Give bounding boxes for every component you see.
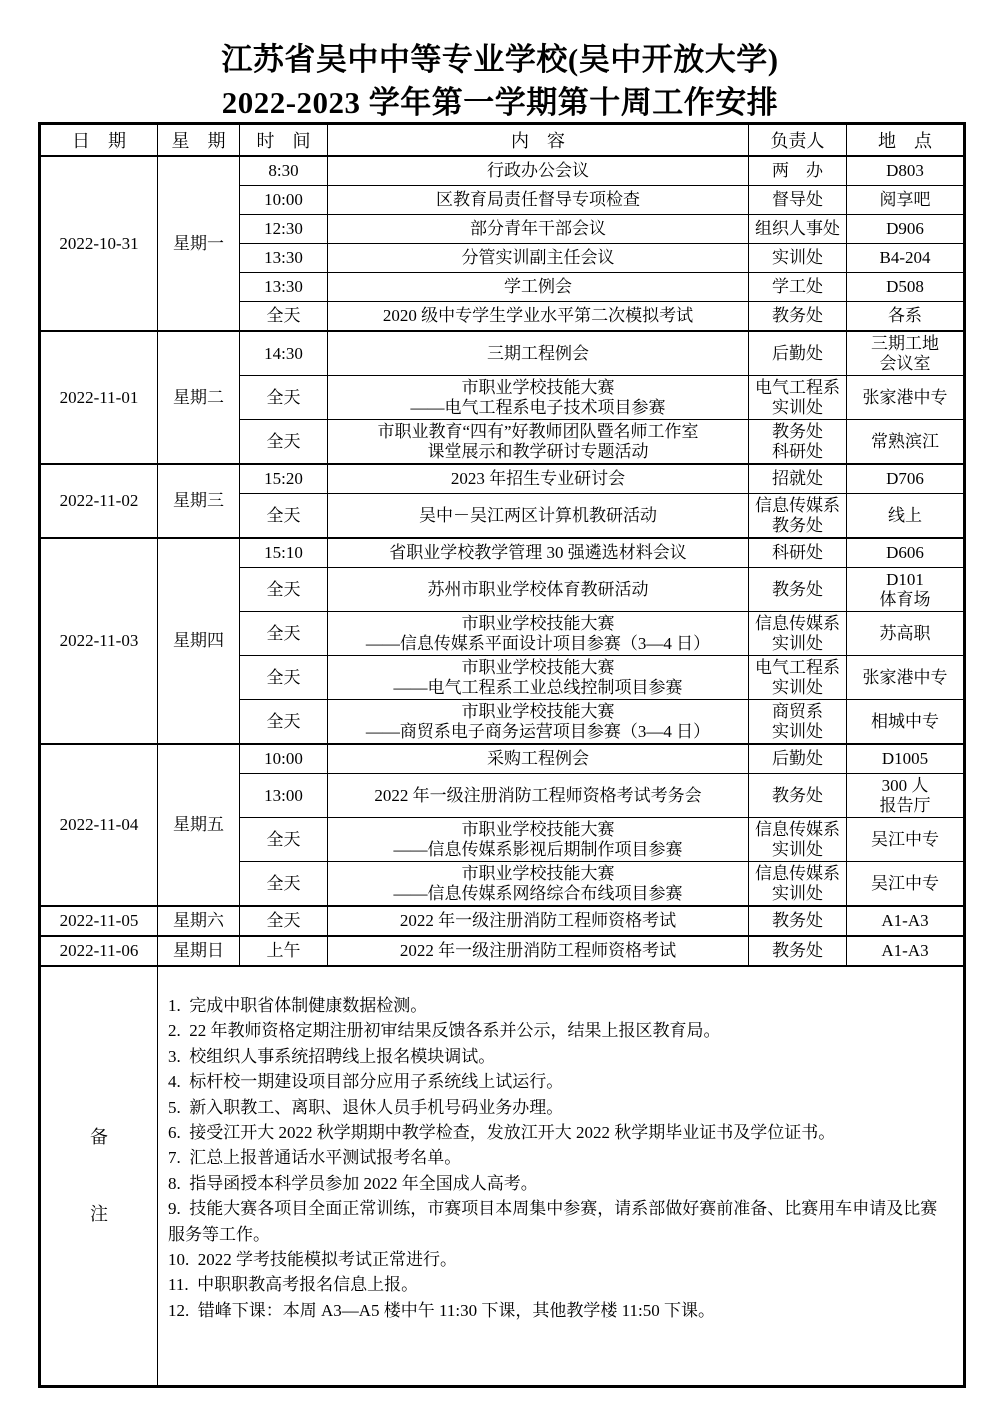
dept-line: 电气工程系 (752, 378, 843, 398)
weekly-schedule-table: 日 期 星 期 时 间 内 容 负责人 地 点 2022-10-31星期一8:3… (38, 122, 966, 1388)
dept-line: 信息传媒系 (752, 820, 843, 840)
dept-line: 教务处 (752, 422, 843, 442)
content-cell: 2022 年一级注册消防工程师资格考试 (328, 906, 749, 936)
dept-cell: 招就处 (749, 464, 847, 494)
place-line: D101 (850, 570, 960, 590)
header-date: 日 期 (40, 124, 158, 157)
content-cell: 市职业学校技能大赛——电气工程系电子技术项目参赛 (328, 376, 749, 420)
weekday-cell: 星期六 (158, 906, 240, 936)
content-line: 2022 年一级注册消防工程师资格考试 (331, 911, 745, 931)
time-cell: 全天 (240, 862, 328, 907)
dept-cell: 督导处 (749, 186, 847, 215)
content-cell: 部分青年干部会议 (328, 215, 749, 244)
place-line: 吴江中专 (850, 874, 960, 894)
place-cell: A1-A3 (847, 936, 965, 966)
content-line: 吴中－吴江两区计算机教研活动 (331, 506, 745, 526)
content-cell: 三期工程例会 (328, 331, 749, 376)
place-cell: B4-204 (847, 244, 965, 273)
dept-line: 信息传媒系 (752, 496, 843, 516)
content-cell: 分管实训副主任会议 (328, 244, 749, 273)
time-cell: 10:00 (240, 186, 328, 215)
schedule-subtitle: 2022-2023 学年第一学期第十周工作安排 (0, 85, 1000, 121)
place-cell: 常熟滨江 (847, 420, 965, 465)
weekday-cell: 星期日 (158, 936, 240, 966)
content-line: ——商贸系电子商务运营项目参赛（3—4 日） (331, 722, 745, 742)
dept-cell: 电气工程系实训处 (749, 376, 847, 420)
content-cell: 吴中－吴江两区计算机教研活动 (328, 494, 749, 539)
place-line: D706 (850, 469, 960, 489)
time-cell: 13:30 (240, 273, 328, 302)
content-line: 2022 年一级注册消防工程师资格考试考务会 (331, 786, 745, 806)
dept-line: 后勤处 (752, 749, 843, 769)
time-cell: 上午 (240, 936, 328, 966)
schedule-row: 2022-11-05星期六全天2022 年一级注册消防工程师资格考试教务处A1-… (40, 906, 965, 936)
content-cell: 区教育局责任督导专项检查 (328, 186, 749, 215)
content-line: 2023 年招生专业研讨会 (331, 469, 745, 489)
note-item: 3. 校组织人事系统招聘线上报名模块调试。 (168, 1044, 953, 1069)
place-line: 体育场 (850, 590, 960, 610)
time-cell: 全天 (240, 656, 328, 700)
content-cell: 学工例会 (328, 273, 749, 302)
school-title: 江苏省吴中中等专业学校(吴中开放大学) (0, 42, 1000, 78)
time-cell: 13:30 (240, 244, 328, 273)
place-line: 报告厅 (850, 796, 960, 816)
schedule-row: 2022-11-06星期日上午2022 年一级注册消防工程师资格考试教务处A1-… (40, 936, 965, 966)
dept-line: 教务处 (752, 516, 843, 536)
dept-line: 信息传媒系 (752, 614, 843, 634)
place-cell: D906 (847, 215, 965, 244)
dept-line: 实训处 (752, 722, 843, 742)
dept-line: 组织人事处 (752, 219, 843, 239)
dept-line: 学工处 (752, 277, 843, 297)
place-line: 三期工地 (850, 334, 960, 354)
dept-cell: 后勤处 (749, 744, 847, 774)
place-line: 相城中专 (850, 712, 960, 732)
content-line: 市职业学校技能大赛 (331, 820, 745, 840)
dept-line: 教务处 (752, 306, 843, 326)
dept-cell: 信息传媒系实训处 (749, 612, 847, 656)
dept-cell: 电气工程系实训处 (749, 656, 847, 700)
content-line: 采购工程例会 (331, 749, 745, 769)
date-cell: 2022-11-06 (40, 936, 158, 966)
dept-line: 教务处 (752, 911, 843, 931)
date-cell: 2022-11-04 (40, 744, 158, 906)
date-cell: 2022-11-02 (40, 464, 158, 538)
note-item: 11. 中职职教高考报名信息上报。 (168, 1272, 953, 1297)
time-cell: 全天 (240, 612, 328, 656)
dept-line: 实训处 (752, 634, 843, 654)
dept-cell: 商贸系实训处 (749, 700, 847, 745)
note-item: 8. 指导函授本科学员参加 2022 年全国成人高考。 (168, 1171, 953, 1196)
dept-cell: 教务处 (749, 568, 847, 612)
place-cell: 吴江中专 (847, 818, 965, 862)
time-cell: 全天 (240, 376, 328, 420)
note-item: 1. 完成中职省体制健康数据检测。 (168, 993, 953, 1018)
place-cell: 吴江中专 (847, 862, 965, 907)
dept-cell: 科研处 (749, 538, 847, 568)
note-item: 6. 接受江开大 2022 秋学期期中教学检查，发放江开大 2022 秋学期毕业… (168, 1120, 953, 1145)
dept-line: 科研处 (752, 543, 843, 563)
content-cell: 省职业学校教学管理 30 强遴选材料会议 (328, 538, 749, 568)
content-line: 2022 年一级注册消防工程师资格考试 (331, 941, 745, 961)
place-line: 各系 (850, 306, 960, 326)
place-cell: D1005 (847, 744, 965, 774)
content-cell: 2023 年招生专业研讨会 (328, 464, 749, 494)
note-item: 9. 技能大赛各项目全面正常训练，市赛项目本周集中参赛，请系部做好赛前准备、比赛… (168, 1196, 953, 1247)
note-item: 4. 标杆校一期建设项目部分应用子系统线上试运行。 (168, 1069, 953, 1094)
time-cell: 12:30 (240, 215, 328, 244)
dept-cell: 学工处 (749, 273, 847, 302)
place-line: 300 人 (850, 776, 960, 796)
content-line: 部分青年干部会议 (331, 219, 745, 239)
place-cell: 各系 (847, 302, 965, 332)
place-line: 苏高职 (850, 624, 960, 644)
dept-line: 后勤处 (752, 344, 843, 364)
dept-line: 实训处 (752, 248, 843, 268)
content-line: 市职业学校技能大赛 (331, 378, 745, 398)
dept-cell: 信息传媒系实训处 (749, 862, 847, 907)
content-cell: 市职业学校技能大赛——信息传媒系影视后期制作项目参赛 (328, 818, 749, 862)
place-cell: D101体育场 (847, 568, 965, 612)
place-cell: D803 (847, 156, 965, 186)
content-cell: 市职业学校技能大赛——商贸系电子商务运营项目参赛（3—4 日） (328, 700, 749, 745)
notes-label-cell: 备注 (40, 966, 158, 1387)
dept-line: 教务处 (752, 941, 843, 961)
time-cell: 全天 (240, 818, 328, 862)
place-cell: 相城中专 (847, 700, 965, 745)
time-cell: 13:00 (240, 774, 328, 818)
place-line: D606 (850, 543, 960, 563)
dept-line: 实训处 (752, 840, 843, 860)
header-time: 时 间 (240, 124, 328, 157)
weekday-cell: 星期五 (158, 744, 240, 906)
place-line: 线上 (850, 506, 960, 526)
content-line: 市职业学校技能大赛 (331, 614, 745, 634)
place-line: A1-A3 (850, 911, 960, 931)
content-cell: 市职业教育“四有”好教师团队暨名师工作室课堂展示和教学研讨专题活动 (328, 420, 749, 465)
time-cell: 全天 (240, 420, 328, 465)
dept-cell: 两 办 (749, 156, 847, 186)
content-cell: 市职业学校技能大赛——信息传媒系平面设计项目参赛（3—4 日） (328, 612, 749, 656)
header-place: 地 点 (847, 124, 965, 157)
time-cell: 全天 (240, 302, 328, 332)
dept-cell: 信息传媒系教务处 (749, 494, 847, 539)
place-line: D1005 (850, 749, 960, 769)
dept-cell: 教务处 (749, 774, 847, 818)
dept-line: 招就处 (752, 469, 843, 489)
time-cell: 全天 (240, 494, 328, 539)
content-cell: 市职业学校技能大赛——电气工程系工业总线控制项目参赛 (328, 656, 749, 700)
place-line: 吴江中专 (850, 830, 960, 850)
notes-content-cell: 1. 完成中职省体制健康数据检测。2. 22 年教师资格定期注册初审结果反馈各系… (158, 966, 965, 1387)
content-line: 课堂展示和教学研讨专题活动 (331, 442, 745, 462)
dept-line: 电气工程系 (752, 658, 843, 678)
note-item: 2. 22 年教师资格定期注册初审结果反馈各系并公示，结果上报区教育局。 (168, 1018, 953, 1043)
content-line: ——信息传媒系平面设计项目参赛（3—4 日） (331, 634, 745, 654)
place-cell: 三期工地会议室 (847, 331, 965, 376)
place-cell: A1-A3 (847, 906, 965, 936)
schedule-row: 2022-11-01星期二14:30三期工程例会后勤处三期工地会议室 (40, 331, 965, 376)
content-line: ——信息传媒系网络综合布线项目参赛 (331, 884, 745, 904)
schedule-row: 2022-11-02星期三15:202023 年招生专业研讨会招就处D706 (40, 464, 965, 494)
content-cell: 2020 级中专学生学业水平第二次模拟考试 (328, 302, 749, 332)
dept-line: 实训处 (752, 398, 843, 418)
header-content: 内 容 (328, 124, 749, 157)
content-line: 市职业学校技能大赛 (331, 702, 745, 722)
content-line: 三期工程例会 (331, 344, 745, 364)
notes-row: 备注1. 完成中职省体制健康数据检测。2. 22 年教师资格定期注册初审结果反馈… (40, 966, 965, 1387)
note-item: 7. 汇总上报普通话水平测试报考名单。 (168, 1145, 953, 1170)
schedule-row: 2022-11-03星期四15:10省职业学校教学管理 30 强遴选材料会议科研… (40, 538, 965, 568)
dept-cell: 教务处科研处 (749, 420, 847, 465)
time-cell: 10:00 (240, 744, 328, 774)
content-cell: 2022 年一级注册消防工程师资格考试考务会 (328, 774, 749, 818)
date-cell: 2022-11-03 (40, 538, 158, 744)
note-item: 5. 新入职教工、离职、退休人员手机号码业务办理。 (168, 1095, 953, 1120)
weekday-cell: 星期一 (158, 156, 240, 331)
content-line: 区教育局责任督导专项检查 (331, 190, 745, 210)
dept-cell: 教务处 (749, 936, 847, 966)
dept-line: 商贸系 (752, 702, 843, 722)
place-cell: 阅享吧 (847, 186, 965, 215)
document-page: 江苏省吴中中等专业学校(吴中开放大学) 2022-2023 学年第一学期第十周工… (0, 0, 1000, 1414)
place-line: D803 (850, 161, 960, 181)
dept-line: 实训处 (752, 678, 843, 698)
dept-line: 实训处 (752, 884, 843, 904)
place-line: A1-A3 (850, 941, 960, 961)
content-cell: 采购工程例会 (328, 744, 749, 774)
content-line: ——电气工程系电子技术项目参赛 (331, 398, 745, 418)
schedule-row: 2022-11-04星期五10:00采购工程例会后勤处D1005 (40, 744, 965, 774)
time-cell: 14:30 (240, 331, 328, 376)
content-cell: 市职业学校技能大赛——信息传媒系网络综合布线项目参赛 (328, 862, 749, 907)
place-cell: 苏高职 (847, 612, 965, 656)
place-line: 张家港中专 (850, 668, 960, 688)
dept-line: 教务处 (752, 786, 843, 806)
dept-cell: 实训处 (749, 244, 847, 273)
time-cell: 15:20 (240, 464, 328, 494)
dept-line: 信息传媒系 (752, 864, 843, 884)
content-line: ——信息传媒系影视后期制作项目参赛 (331, 840, 745, 860)
header-dept: 负责人 (749, 124, 847, 157)
content-cell: 苏州市职业学校体育教研活动 (328, 568, 749, 612)
content-line: 苏州市职业学校体育教研活动 (331, 580, 745, 600)
date-cell: 2022-11-05 (40, 906, 158, 936)
time-cell: 全天 (240, 906, 328, 936)
place-line: 会议室 (850, 354, 960, 374)
schedule-row: 2022-10-31星期一8:30行政办公会议两 办D803 (40, 156, 965, 186)
content-line: 学工例会 (331, 277, 745, 297)
place-cell: 线上 (847, 494, 965, 539)
dept-cell: 后勤处 (749, 331, 847, 376)
schedule-header-row: 日 期 星 期 时 间 内 容 负责人 地 点 (40, 124, 965, 157)
dept-line: 督导处 (752, 190, 843, 210)
content-line: 分管实训副主任会议 (331, 248, 745, 268)
time-cell: 15:10 (240, 538, 328, 568)
dept-line: 两 办 (752, 161, 843, 181)
place-cell: D606 (847, 538, 965, 568)
place-line: 张家港中专 (850, 388, 960, 408)
weekday-cell: 星期三 (158, 464, 240, 538)
date-cell: 2022-10-31 (40, 156, 158, 331)
schedule-body: 2022-10-31星期一8:30行政办公会议两 办D80310:00区教育局责… (40, 156, 965, 1387)
weekday-cell: 星期四 (158, 538, 240, 744)
date-cell: 2022-11-01 (40, 331, 158, 464)
place-cell: D508 (847, 273, 965, 302)
note-item: 10. 2022 学考技能模拟考试正常进行。 (168, 1247, 953, 1272)
note-item: 12. 错峰下课：本周 A3—A5 楼中午 11:30 下课，其他教学楼 11:… (168, 1298, 953, 1323)
time-cell: 8:30 (240, 156, 328, 186)
weekday-cell: 星期二 (158, 331, 240, 464)
content-line: ——电气工程系工业总线控制项目参赛 (331, 678, 745, 698)
dept-line: 科研处 (752, 442, 843, 462)
content-line: 行政办公会议 (331, 161, 745, 181)
notes-label-char: 注 (90, 1205, 108, 1225)
place-cell: 张家港中专 (847, 376, 965, 420)
content-line: 市职业学校技能大赛 (331, 658, 745, 678)
place-line: 常熟滨江 (850, 432, 960, 452)
place-cell: D706 (847, 464, 965, 494)
content-line: 2020 级中专学生学业水平第二次模拟考试 (331, 306, 745, 326)
place-cell: 张家港中专 (847, 656, 965, 700)
content-line: 省职业学校教学管理 30 强遴选材料会议 (331, 543, 745, 563)
dept-cell: 教务处 (749, 302, 847, 332)
content-cell: 2022 年一级注册消防工程师资格考试 (328, 936, 749, 966)
content-cell: 行政办公会议 (328, 156, 749, 186)
notes-label-char: 备 (90, 1128, 108, 1148)
dept-cell: 教务处 (749, 906, 847, 936)
dept-cell: 信息传媒系实训处 (749, 818, 847, 862)
notes-label-stack: 备注 (44, 1128, 154, 1225)
content-line: 市职业学校技能大赛 (331, 864, 745, 884)
time-cell: 全天 (240, 700, 328, 745)
dept-cell: 组织人事处 (749, 215, 847, 244)
place-cell: 300 人报告厅 (847, 774, 965, 818)
place-line: D906 (850, 219, 960, 239)
place-line: 阅享吧 (850, 190, 960, 210)
header-weekday: 星 期 (158, 124, 240, 157)
content-line: 市职业教育“四有”好教师团队暨名师工作室 (331, 422, 745, 442)
place-line: D508 (850, 277, 960, 297)
place-line: B4-204 (850, 248, 960, 268)
time-cell: 全天 (240, 568, 328, 612)
dept-line: 教务处 (752, 580, 843, 600)
